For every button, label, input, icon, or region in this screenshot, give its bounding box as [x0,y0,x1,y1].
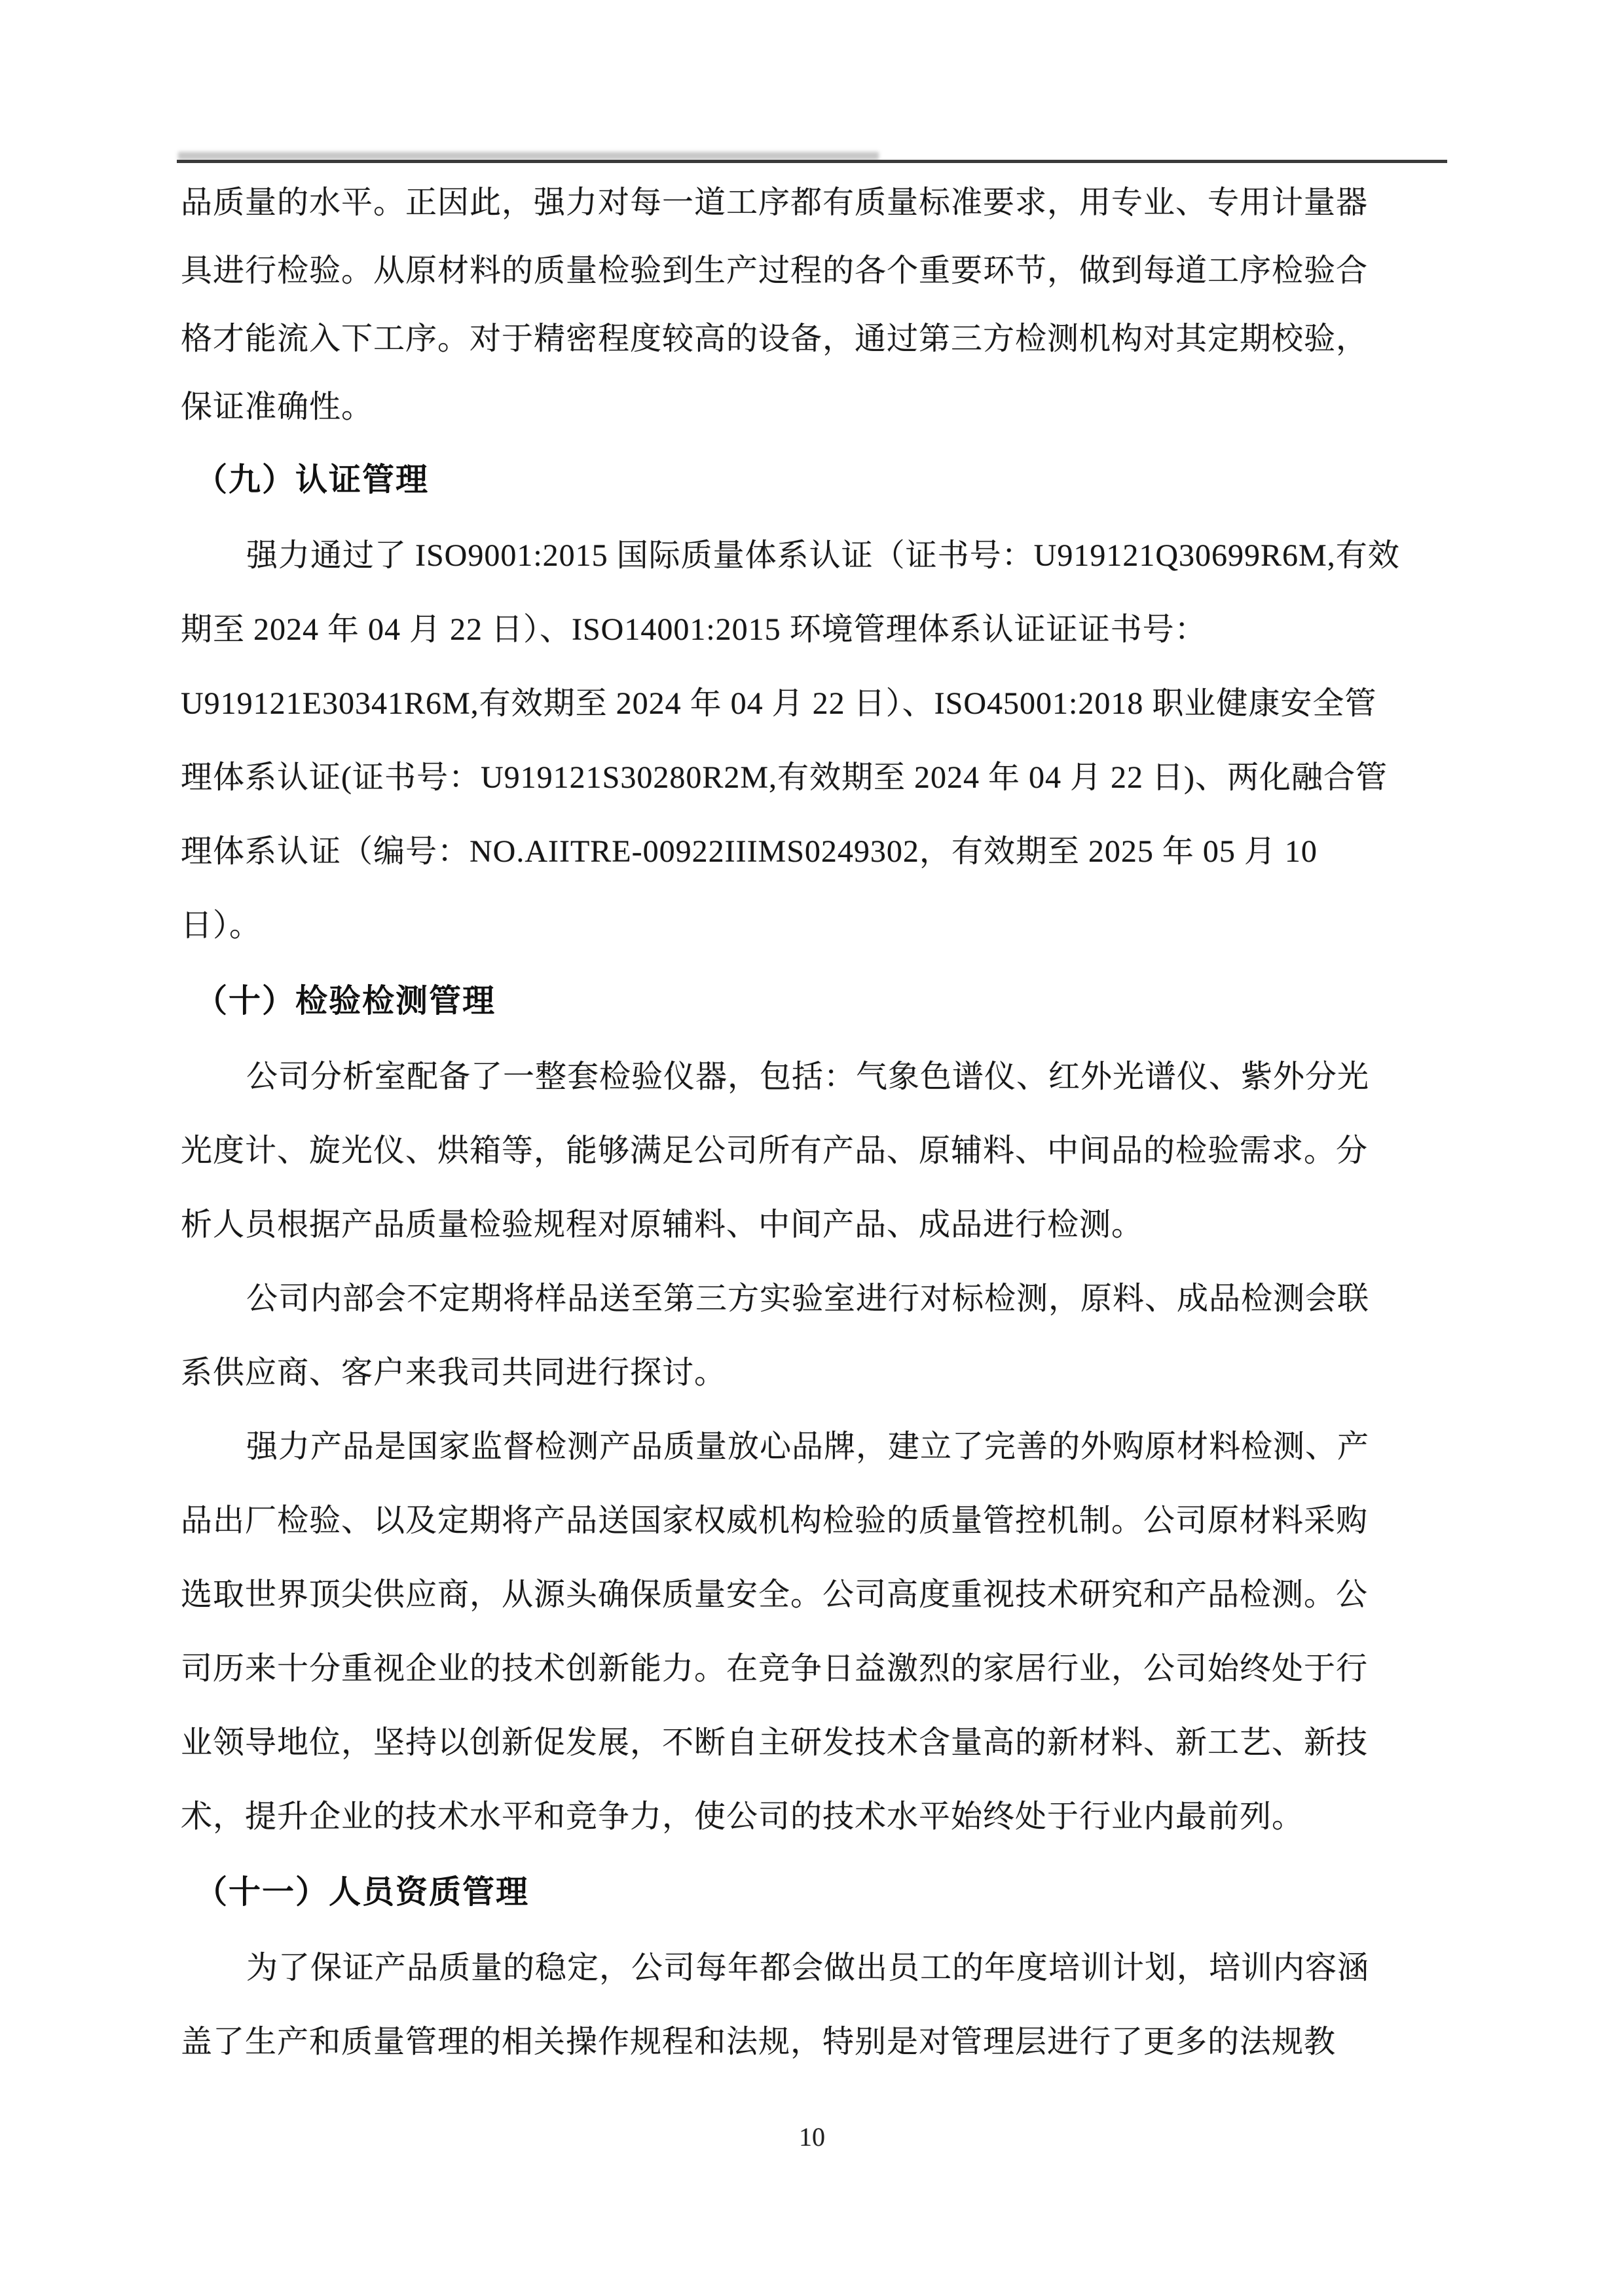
body-line: 盖了生产和质量管理的相关操作规程和法规，特别是对管理层进行了更多的法规教 [181,2005,1449,2079]
body-line: 为了保证产品质量的稳定，公司每年都会做出员工的年度培训计划，培训内容涵 [181,1931,1449,2005]
body-line: 系供应商、客户来我司共同进行探讨。 [181,1336,1449,1410]
body-line: 光度计、旋光仪、烘箱等，能够满足公司所有产品、原辅料、中间品的检验需求。分 [181,1114,1449,1188]
section-heading-certification: （九）认证管理 [181,441,1449,519]
body-line: 品质量的水平。正因此，强力对每一道工序都有质量标准要求，用专业、专用计量器 [181,169,1449,237]
body-line: U919121E30341R6M,有效期至 2024 年 04 月 22 日）、… [181,667,1449,741]
body-line: 日）。 [181,889,1449,963]
body-line: 业领导地位，坚持以创新促发展，不断自主研发技术含量高的新材料、新工艺、新技 [181,1706,1449,1780]
paragraph-quality-brand: 强力产品是国家监督检测产品质量放心品牌，建立了完善的外购原材料检测、产 品出厂检… [181,1410,1449,1854]
page-number: 10 [0,2120,1624,2154]
body-line: 术，提升企业的技术水平和竞争力，使公司的技术水平始终处于行业内最前列。 [181,1780,1449,1854]
header-rule [177,152,1447,166]
section-heading-inspection: （十）检验检测管理 [181,963,1449,1040]
body-line: 公司分析室配备了一整套检验仪器，包括：气象色谱仪、红外光谱仪、紫外分光 [181,1040,1449,1114]
body-line: 理体系认证（编号：NO.AIITRE-00922IIIMS0249302，有效期… [181,815,1449,889]
body-line: 析人员根据产品质量检验规程对原辅料、中间产品、成品进行检测。 [181,1188,1449,1262]
body-line: 公司内部会不定期将样品送至第三方实验室进行对标检测，原料、成品检测会联 [181,1262,1449,1336]
body-line: 具进行检验。从原材料的质量检验到生产过程的各个重要环节，做到每道工序检验合 [181,237,1449,305]
header-rule-smudge [178,152,879,160]
document-body: 品质量的水平。正因此，强力对每一道工序都有质量标准要求，用专业、专用计量器 具进… [181,169,1449,2079]
body-line: 司历来十分重视企业的技术创新能力。在竞争日益激烈的家居行业，公司始终处于行 [181,1632,1449,1706]
body-line: 保证准确性。 [181,373,1449,441]
section-heading-personnel: （十一）人员资质管理 [181,1854,1449,1931]
body-line: 品出厂检验、以及定期将产品送国家权威机构检验的质量管控机制。公司原材料采购 [181,1484,1449,1558]
body-line: 选取世界顶尖供应商，从源头确保质量安全。公司高度重视技术研究和产品检测。公 [181,1558,1449,1632]
paragraph-third-party-testing: 公司内部会不定期将样品送至第三方实验室进行对标检测，原料、成品检测会联 系供应商… [181,1262,1449,1410]
paragraph-training: 为了保证产品质量的稳定，公司每年都会做出员工的年度培训计划，培训内容涵 盖了生产… [181,1931,1449,2079]
paragraph-certifications: 强力通过了 ISO9001:2015 国际质量体系认证（证书号：U919121Q… [181,519,1449,963]
paragraph-quality-continued: 品质量的水平。正因此，强力对每一道工序都有质量标准要求，用专业、专用计量器 具进… [181,169,1449,441]
body-line: 格才能流入下工序。对于精密程度较高的设备，通过第三方检测机构对其定期校验， [181,305,1449,373]
body-line: 期至 2024 年 04 月 22 日）、ISO14001:2015 环境管理体… [181,593,1449,667]
body-line: 强力通过了 ISO9001:2015 国际质量体系认证（证书号：U919121Q… [181,519,1449,593]
document-page: 品质量的水平。正因此，强力对每一道工序都有质量标准要求，用专业、专用计量器 具进… [0,0,1624,2295]
body-line: 强力产品是国家监督检测产品质量放心品牌，建立了完善的外购原材料检测、产 [181,1410,1449,1484]
paragraph-lab-instruments: 公司分析室配备了一整套检验仪器，包括：气象色谱仪、红外光谱仪、紫外分光 光度计、… [181,1040,1449,1262]
body-line: 理体系认证(证书号：U919121S30280R2M,有效期至 2024 年 0… [181,741,1449,815]
header-rule-line [177,160,1447,163]
